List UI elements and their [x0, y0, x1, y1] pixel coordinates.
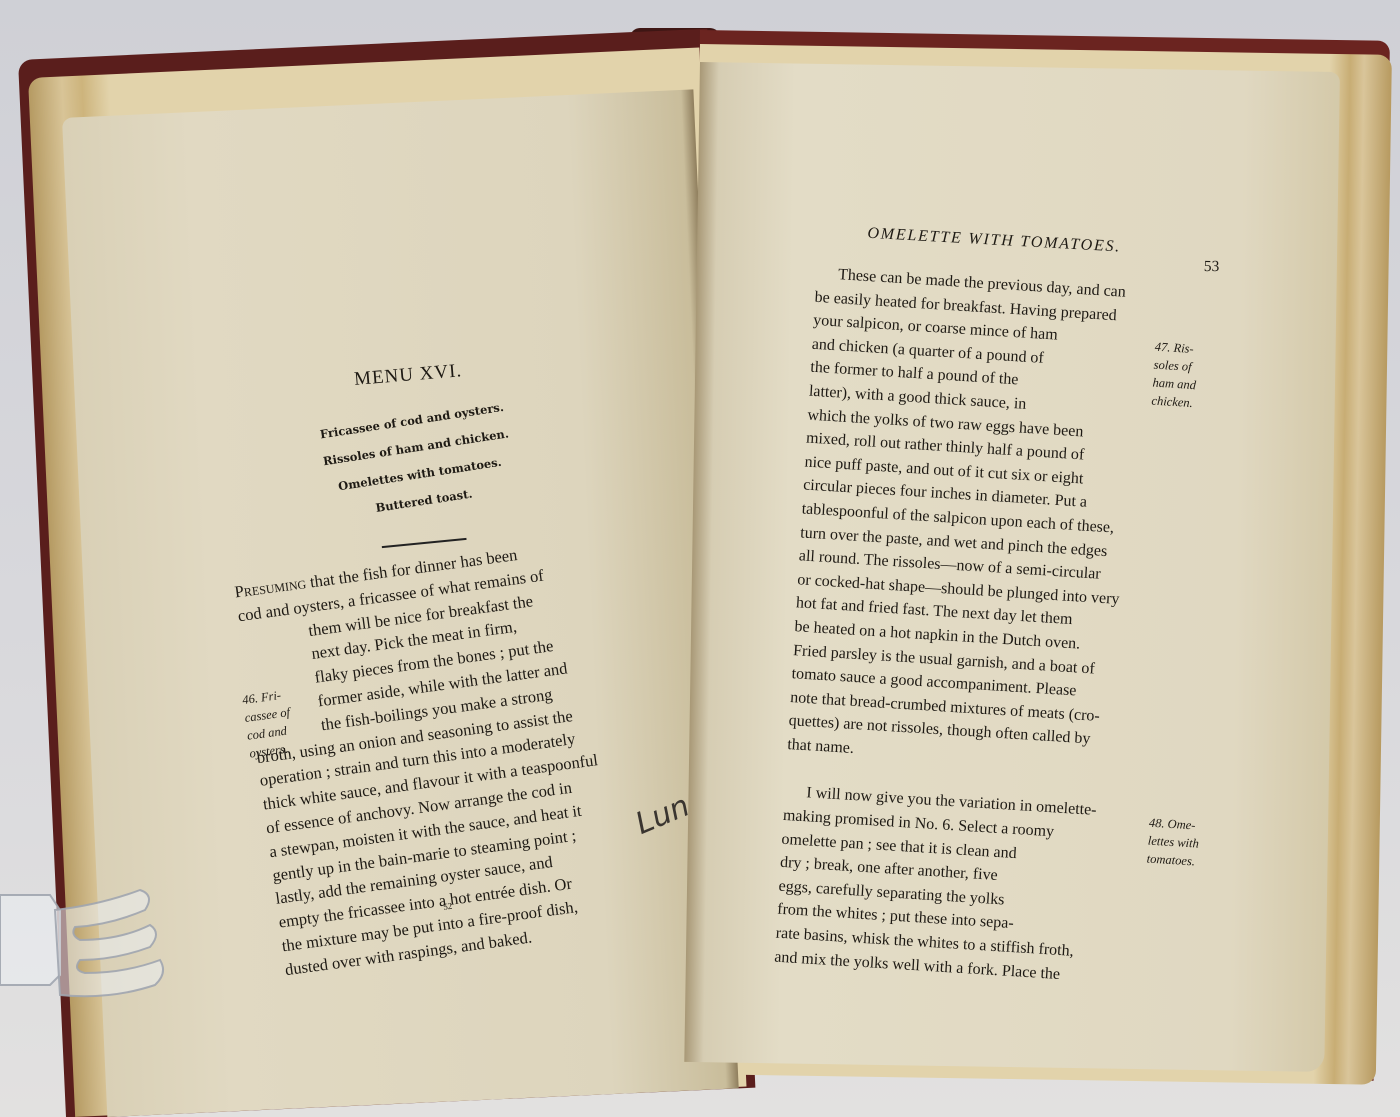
right-page: OMELETTE WITH TOMATOES. 53 These can be … [684, 62, 1340, 1072]
running-head: OMELETTE WITH TOMATOES. [867, 225, 1122, 257]
right-body-text: These can be made the previous day, and … [774, 262, 1216, 993]
page-clip-icon [0, 855, 170, 1015]
left-folio: 52 [443, 901, 453, 912]
menu-items-list: Fricassee of cod and oysters. Rissoles o… [301, 391, 535, 531]
divider-rule [382, 538, 467, 548]
side-note-47: 47. Ris- soles of ham and chicken. [1151, 338, 1225, 414]
paragraph-1: These can be made the previous day, and … [787, 262, 1217, 781]
side-note-46: 46. Fri- cassee of cod and oysters. [241, 683, 310, 762]
page-number: 53 [1204, 258, 1220, 276]
paragraph-2: I will now give you the variation in ome… [774, 780, 1185, 993]
side-note-48: 48. Ome- lettes with tomatoes. [1146, 814, 1219, 872]
menu-title: MENU XVI. [353, 360, 463, 391]
